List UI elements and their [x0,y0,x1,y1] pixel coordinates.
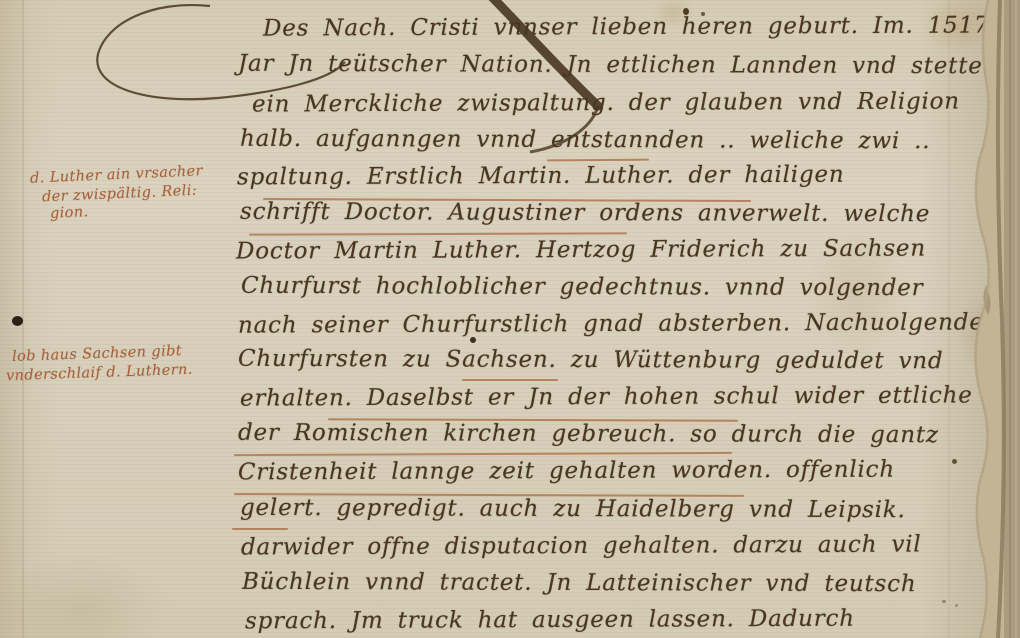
manuscript-line: ein Merckliche zwispaltung. der glauben … [252,88,960,117]
red-underline [462,379,558,381]
red-underline [232,528,288,530]
manuscript-line: Büchlein vnnd tractet. Jn Latteinischer … [242,569,917,597]
manuscript-line: erhalten. Daselbst er Jn der hohen schul… [240,382,973,411]
manuscript-page: Des Nach. Cristi vnnser lieben heren geb… [0,0,1020,638]
manuscript-line: schrifft Doctor. Augustiner ordens anver… [240,199,930,227]
manuscript-line: nach seiner Churfurstlich gnad absterben… [238,309,984,338]
manuscript-line: Des Nach. Cristi vnnser lieben heren geb… [263,12,998,41]
manuscript-line: gelert. gepredigt. auch zu Haidelberg vn… [240,495,906,523]
manuscript-line: Churfurst hochloblicher gedechtnus. vnnd… [241,273,924,301]
ink-speck [683,8,689,15]
ink-speck [701,12,705,16]
ink-speck [942,600,946,603]
manuscript-line: Cristenheit lannge zeit gehalten worden.… [238,457,895,486]
manuscript-line: spaltung. Erstlich Martin. Luther. der h… [237,162,845,191]
manuscript-line: darwider offne disputacion gehalten. dar… [241,532,922,561]
manuscript-line: Doctor Martin Luther. Hertzog Friderich … [236,235,926,264]
ink-blot [12,316,23,326]
manuscript-line: Jar Jn teütscher Nation. Jn ettlichen La… [238,51,998,80]
manuscript-line: halb. aufganngen vnnd entstannden .. wel… [240,126,930,154]
red-underline [547,159,649,162]
ink-speck [955,604,958,607]
ink-speck [470,337,476,343]
manuscript-line: sprach. Jm truck hat ausgeen lassen. Dad… [245,606,855,635]
red-underline [234,452,732,456]
ink-speck [952,459,957,464]
margin-note-line: gion. [50,203,89,223]
manuscript-line: Churfursten zu Sachsen. zu Wüttenburg ge… [238,346,944,374]
manuscript-line: der Romischen kirchen gebreuch. so durch… [238,420,939,448]
red-underline [249,232,627,235]
